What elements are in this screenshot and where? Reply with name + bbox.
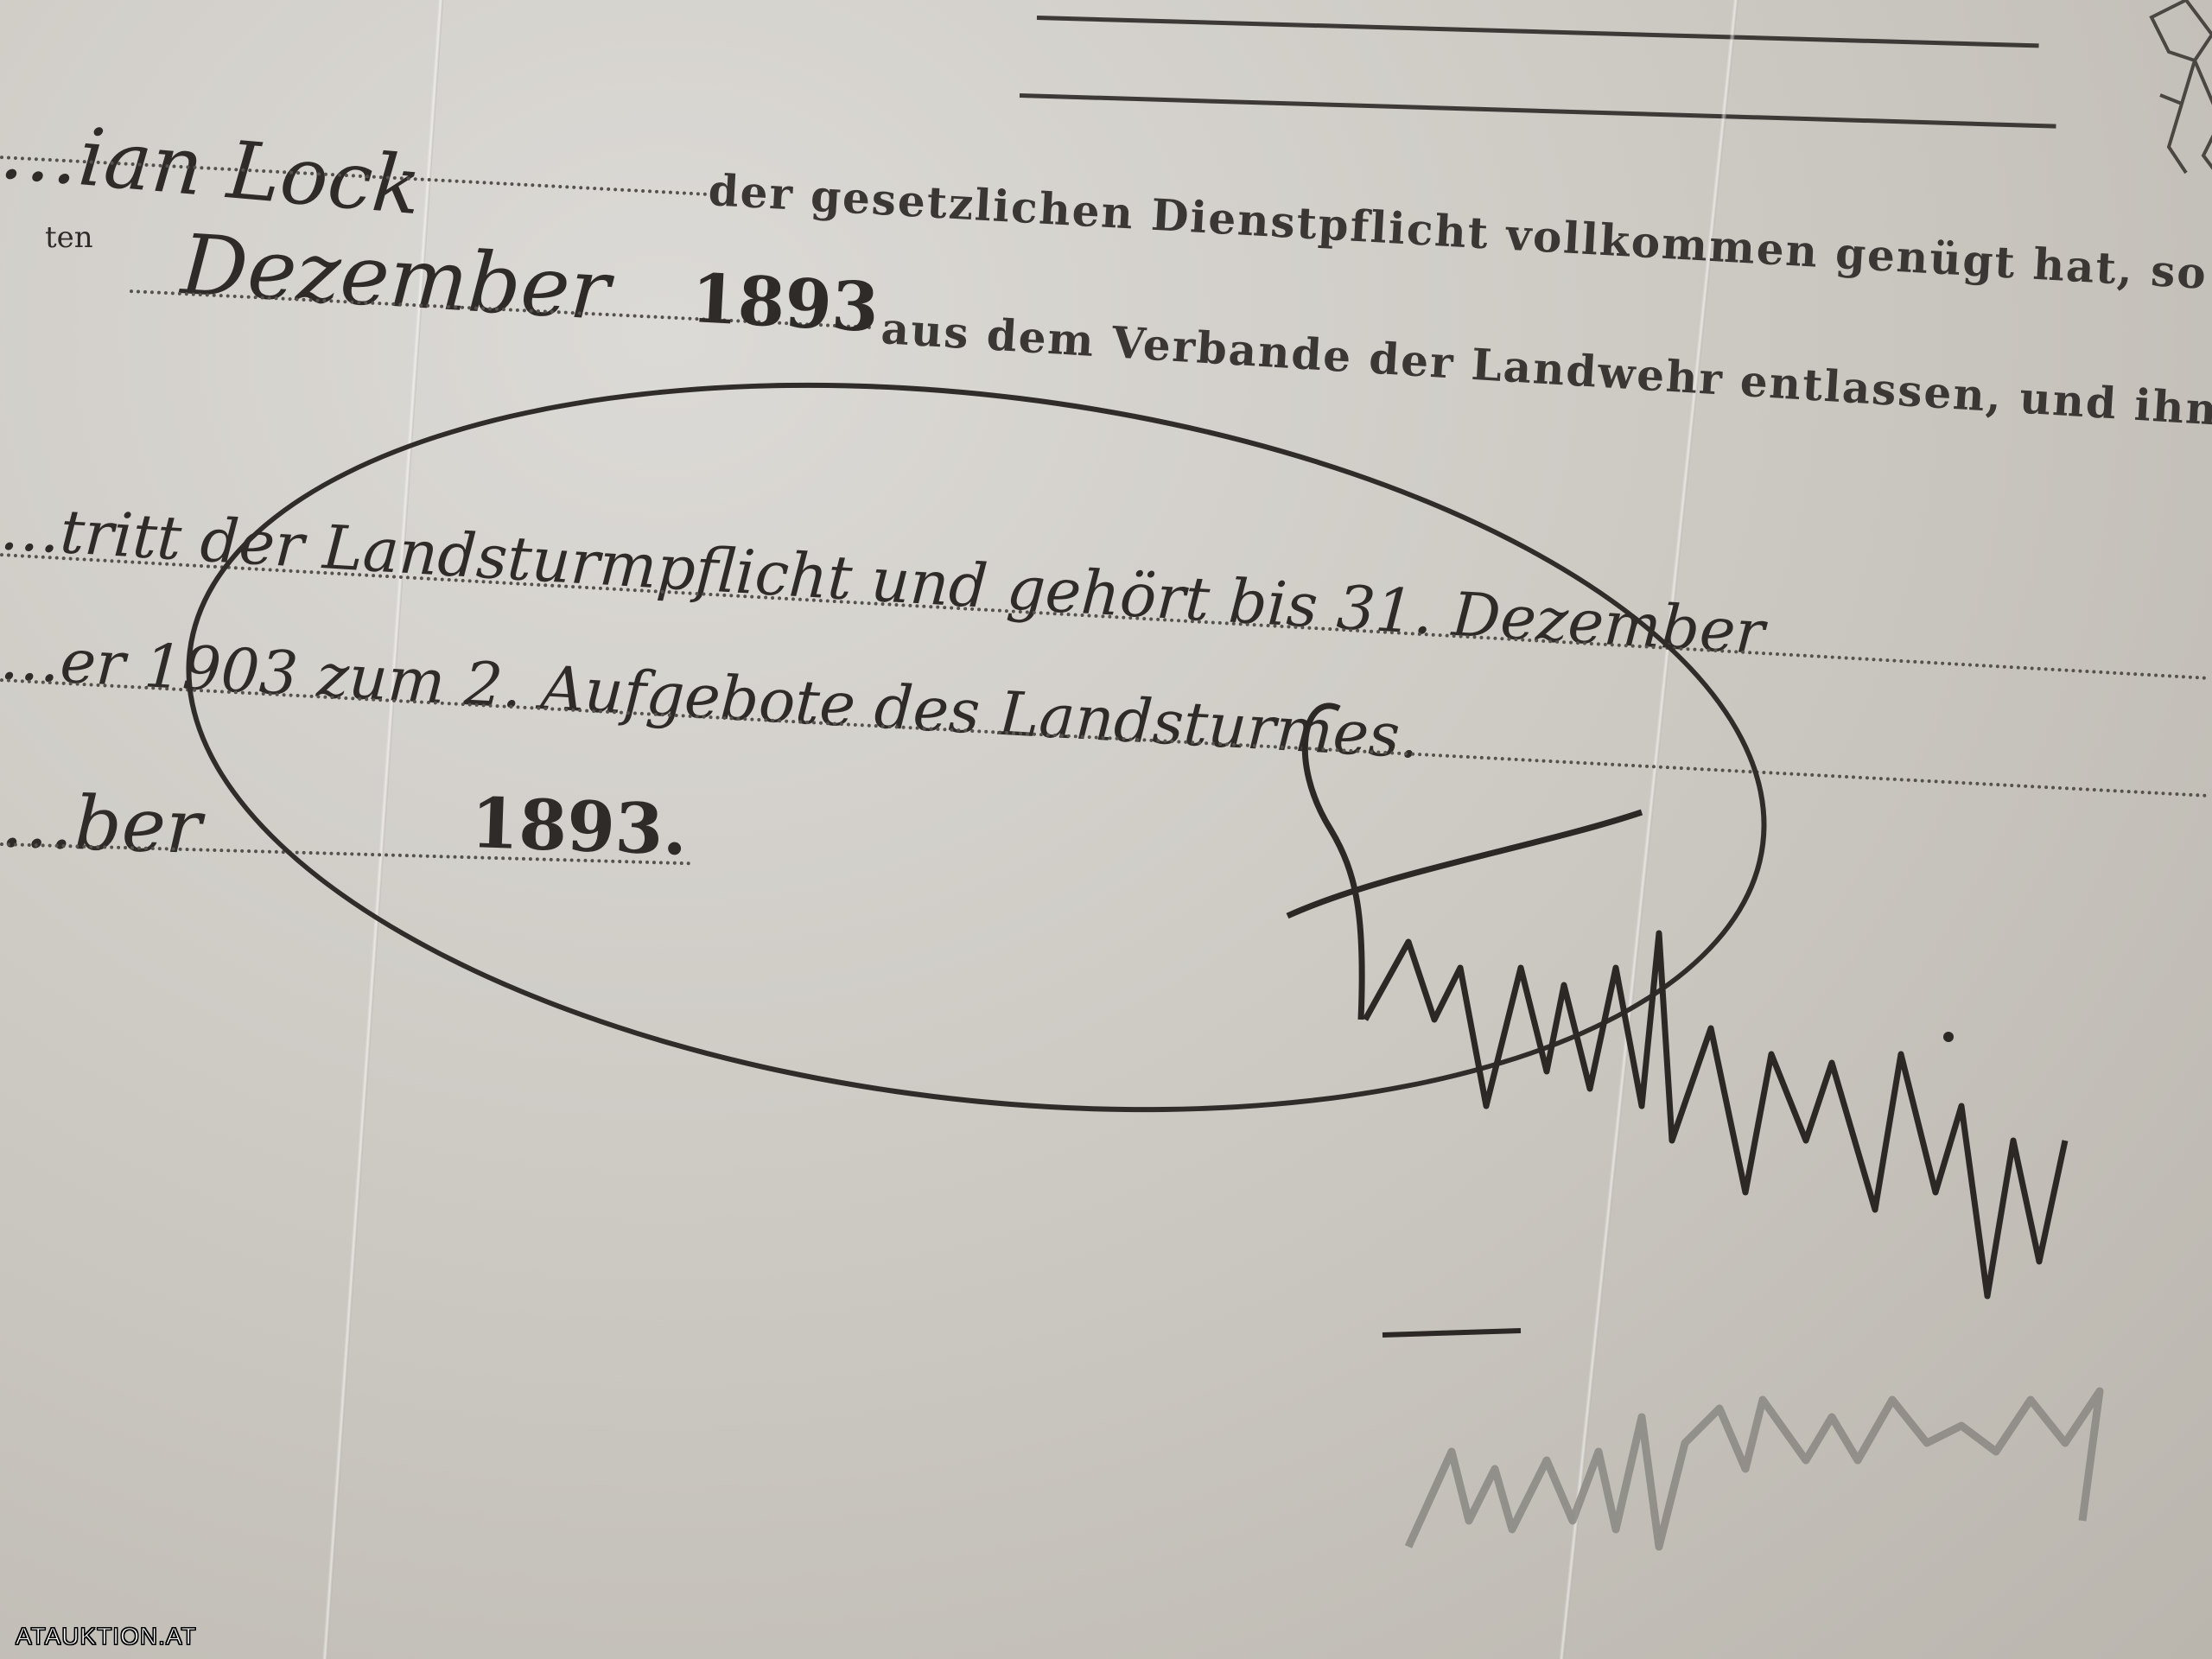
printed-line-1: der gesetzlichen Dienstpflicht vollkomme… [707, 164, 2212, 306]
ink-signature [1279, 657, 2212, 1434]
pencil-signature [1374, 1348, 2152, 1573]
watermark-text: ATAUKTION.AT [16, 1623, 197, 1650]
handwritten-date-month: …ber [0, 778, 203, 871]
document-page: …ian Lock der gesetzlichen Dienstpflicht… [0, 0, 2212, 1659]
sketch-doodle [2134, 0, 2212, 259]
handwritten-year: 1893 [690, 259, 881, 347]
top-rule-1 [1037, 16, 2039, 48]
top-rule-2 [1020, 93, 2056, 129]
handwritten-month: Dezember [179, 216, 613, 339]
handwritten-day-suffix: ten [45, 220, 93, 255]
